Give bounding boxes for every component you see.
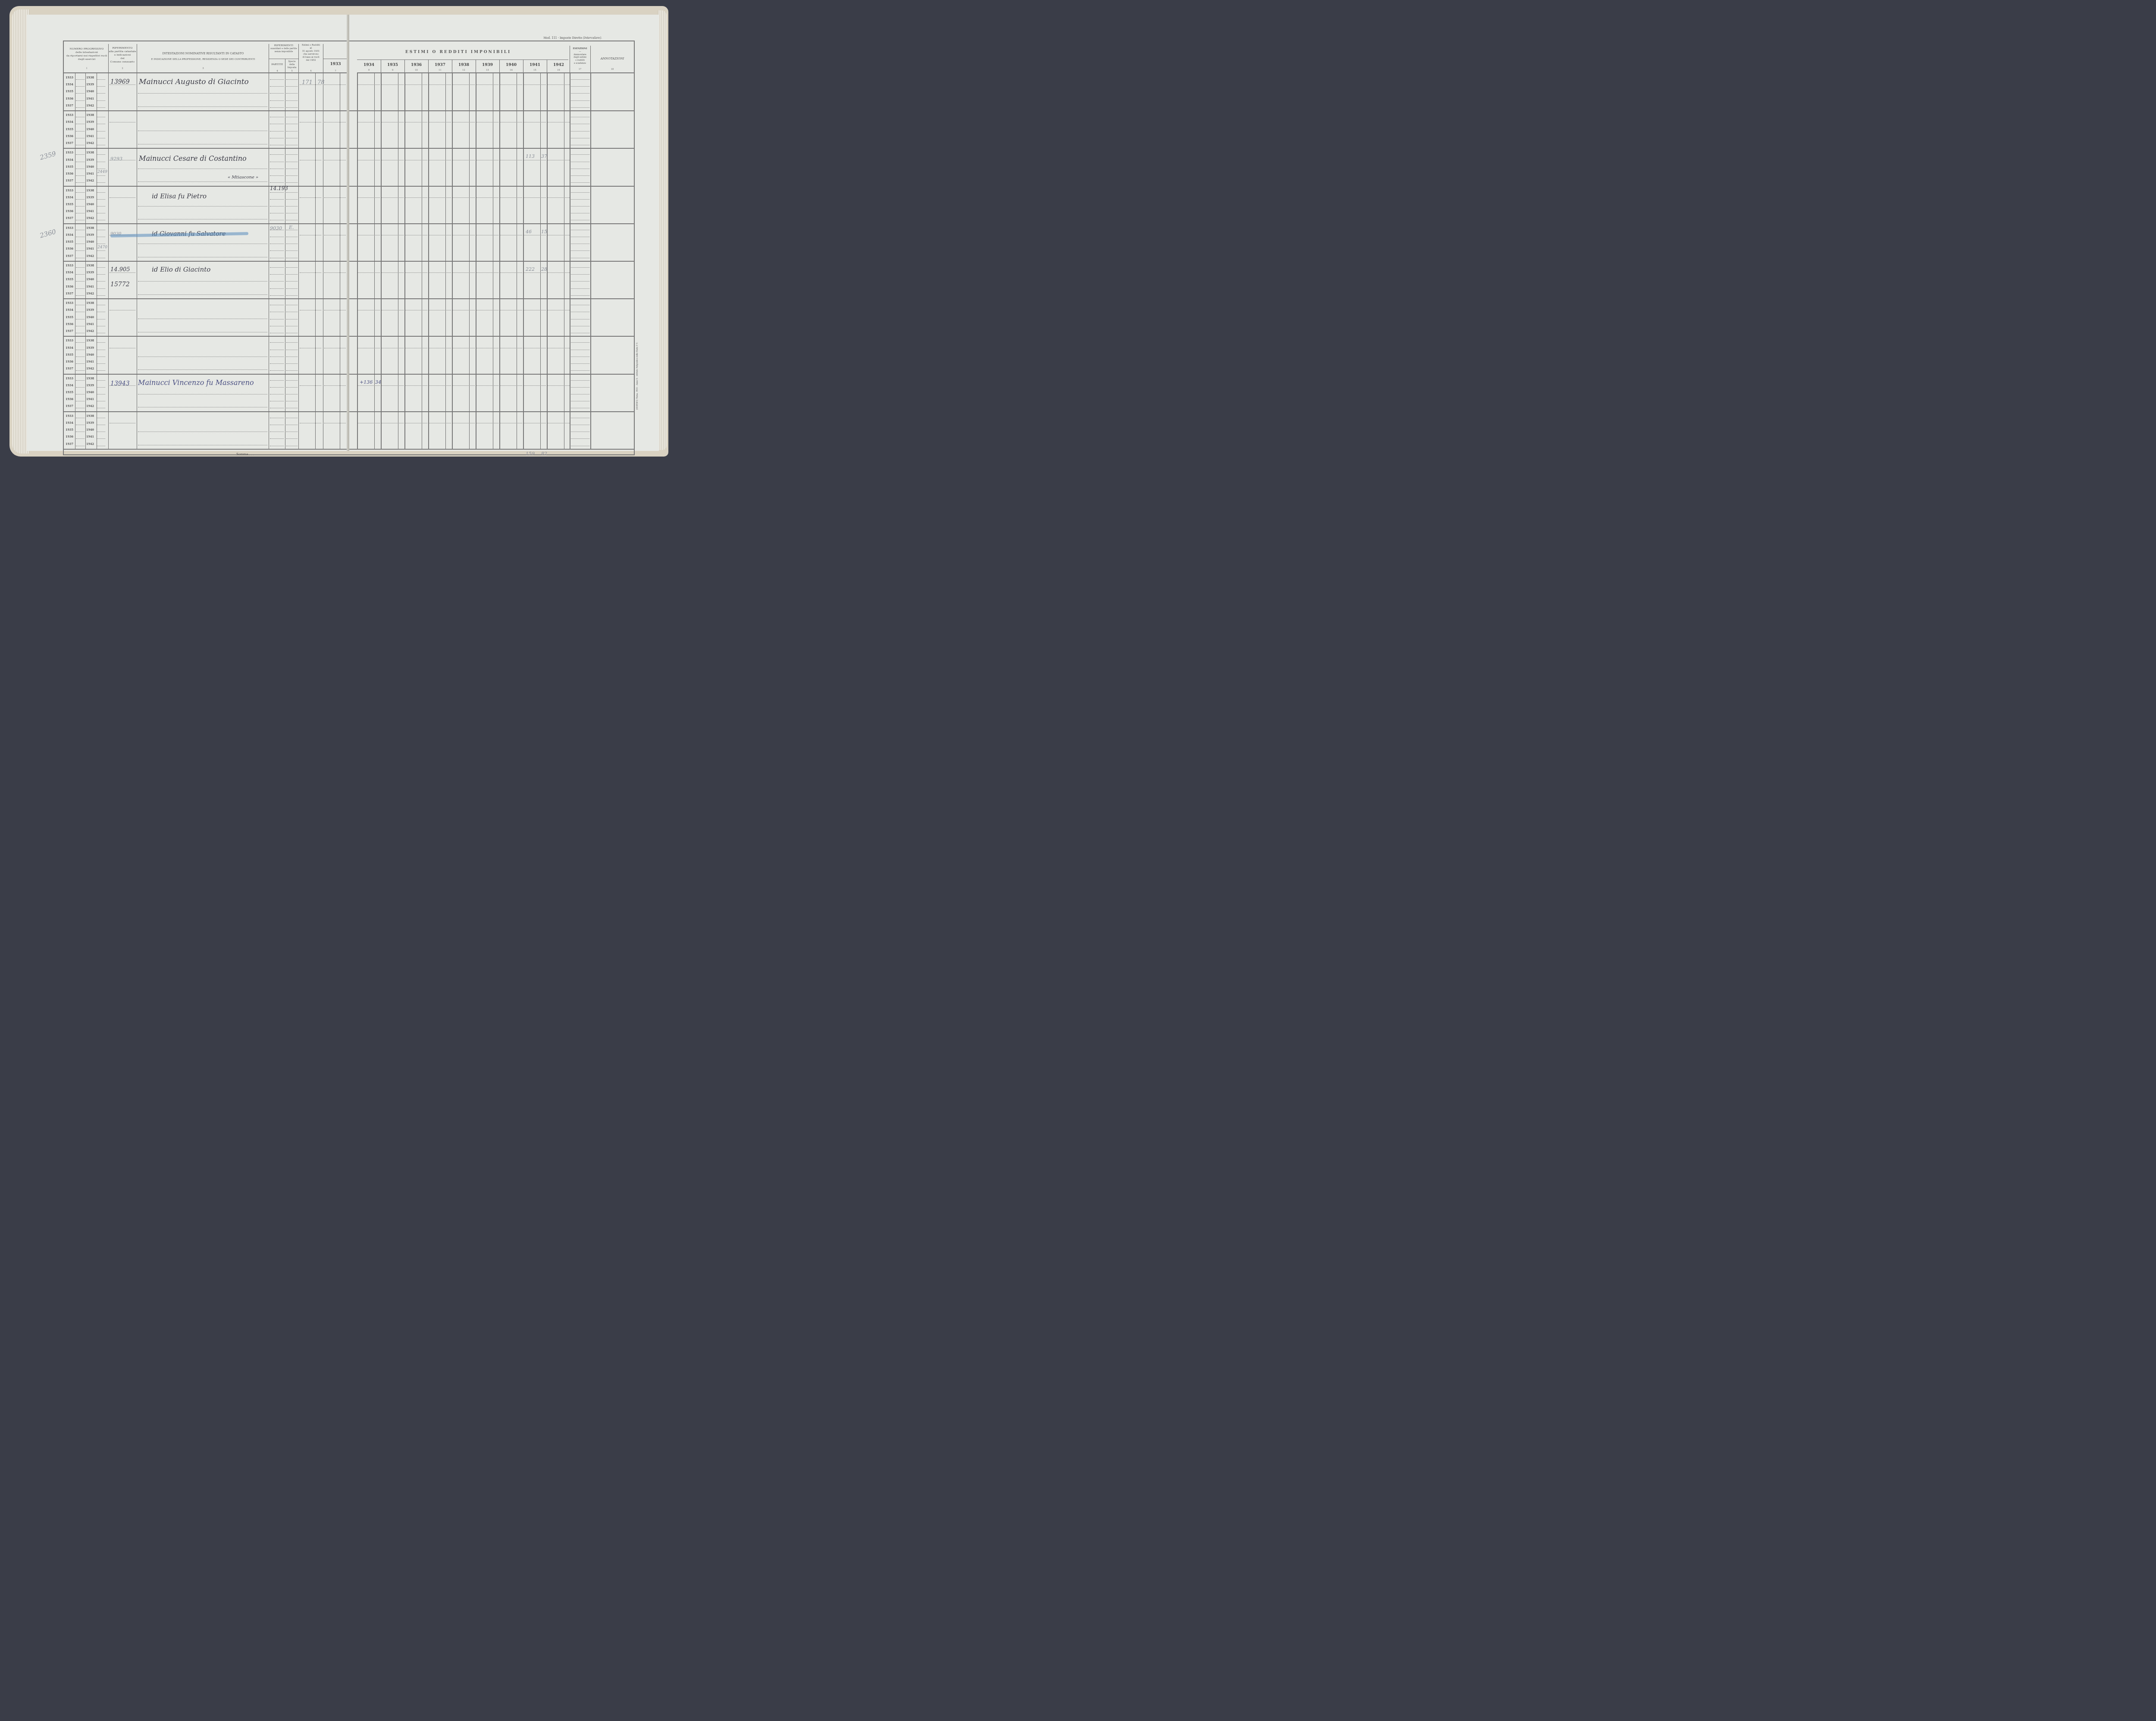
column-number: 17 xyxy=(570,68,590,71)
dotted-rule xyxy=(76,387,85,388)
column-line xyxy=(108,111,109,148)
dotted-rule xyxy=(270,213,284,213)
column-line xyxy=(97,261,97,299)
dotted-rule xyxy=(548,122,570,122)
dotted-rule xyxy=(97,182,105,183)
dotted-rule xyxy=(286,342,298,343)
dotted-rule xyxy=(76,401,85,401)
cents-line xyxy=(493,73,493,111)
partita-number: 14.905 xyxy=(110,266,130,273)
dotted-rule xyxy=(286,192,298,193)
partite-reference: 14.193 xyxy=(270,185,288,191)
column-line xyxy=(590,374,591,412)
column-line xyxy=(323,412,323,449)
dotted-rule xyxy=(571,305,589,305)
column-line xyxy=(97,148,97,186)
dotted-rule xyxy=(524,385,546,386)
estimi-row-group xyxy=(357,73,634,111)
dotted-rule xyxy=(405,272,427,273)
column-number: 3 xyxy=(137,67,269,70)
column-number: 15 xyxy=(523,69,547,72)
year-label: 1933 xyxy=(66,377,73,380)
year-label: 1933 xyxy=(66,301,73,305)
dotted-rule xyxy=(270,295,284,296)
year-label: 1940 xyxy=(86,428,94,432)
dotted-rule xyxy=(358,348,380,348)
right-register-table: ESTIMI O REDDITI IMPONIBILI 193481935919… xyxy=(349,41,635,455)
dotted-rule xyxy=(405,122,427,122)
dotted-rule xyxy=(300,197,321,198)
column-line xyxy=(108,412,109,449)
dotted-rule xyxy=(548,235,570,235)
dotted-rule xyxy=(476,160,498,160)
cents-line xyxy=(493,186,493,224)
dotted-rule xyxy=(405,385,427,386)
dotted-rule xyxy=(453,235,475,235)
dotted-rule xyxy=(571,250,589,251)
header-intestazioni: INTESTAZIONI NOMINATIVE RISULTANTI IN CA… xyxy=(137,52,269,61)
year-label: 1933 xyxy=(66,414,73,418)
form-code: Mod. 111 - Imposte Dirette (Intercalare)… xyxy=(543,36,602,40)
column-line xyxy=(269,336,269,374)
divider xyxy=(269,59,298,59)
dotted-rule xyxy=(138,106,267,107)
year-label: 1942 xyxy=(86,179,94,182)
dotted-rule xyxy=(286,312,298,312)
column-line xyxy=(452,261,453,299)
dotted-rule xyxy=(76,206,85,207)
dotted-rule xyxy=(524,423,546,423)
dotted-rule xyxy=(270,237,284,237)
dotted-rule xyxy=(286,333,298,333)
year-label: 1937 xyxy=(66,329,73,333)
dotted-rule xyxy=(76,192,85,193)
column-line xyxy=(315,186,316,224)
cents-line xyxy=(493,374,493,412)
column-line xyxy=(523,224,524,261)
column-line xyxy=(137,73,137,111)
dotted-rule xyxy=(97,93,105,94)
header-title: RIFERIMENTO xyxy=(109,47,136,50)
dotted-rule xyxy=(270,86,284,87)
dotted-rule xyxy=(138,319,267,319)
dotted-rule xyxy=(405,310,427,310)
column-line xyxy=(97,412,97,449)
dotted-rule xyxy=(286,446,298,446)
dotted-rule xyxy=(97,363,105,364)
dotted-rule xyxy=(286,408,298,408)
column-line xyxy=(404,374,405,412)
dotted-rule xyxy=(405,423,427,423)
column-number: 13 xyxy=(476,69,499,72)
column-line xyxy=(298,261,299,299)
estimi-row-group xyxy=(357,186,634,224)
ledger-book: NUMERO PROGRESSIVO delle intestazioni da… xyxy=(9,6,668,457)
year-label: 1935 xyxy=(66,391,73,394)
dotted-rule xyxy=(286,169,298,169)
cents-line xyxy=(540,261,541,299)
column-line xyxy=(137,412,137,449)
dotted-rule xyxy=(571,438,589,439)
dotted-rule xyxy=(97,326,105,326)
dotted-rule xyxy=(500,197,522,198)
column-line xyxy=(137,261,137,299)
dotted-rule xyxy=(286,281,298,282)
column-line xyxy=(75,299,75,336)
column-line xyxy=(570,186,570,224)
dotted-rule xyxy=(97,342,105,343)
header-line: o redditi xyxy=(570,59,590,62)
dotted-rule xyxy=(286,124,298,124)
dotted-rule xyxy=(270,305,284,305)
cents-line xyxy=(493,299,493,336)
estimo-1931-value: 171 xyxy=(302,79,313,86)
column-line xyxy=(75,336,75,374)
column-line xyxy=(137,374,137,412)
estimo-value: 222 xyxy=(526,266,535,272)
column-line xyxy=(547,374,548,412)
estimo-value: 113 xyxy=(526,153,535,159)
divider xyxy=(547,60,547,72)
cents-line xyxy=(564,412,564,449)
cents-line xyxy=(469,73,470,111)
dotted-rule xyxy=(76,213,85,213)
column-line xyxy=(523,336,524,374)
column-line xyxy=(315,111,316,148)
dotted-rule xyxy=(97,281,105,282)
dotted-rule xyxy=(76,145,85,145)
dotted-rule xyxy=(571,408,589,408)
cents-line xyxy=(374,73,375,111)
dotted-rule xyxy=(76,79,85,80)
column-line xyxy=(97,374,97,412)
column-line xyxy=(523,186,524,224)
dotted-rule xyxy=(286,418,298,418)
cents-line xyxy=(540,336,541,374)
column-line xyxy=(357,73,358,111)
dotted-rule xyxy=(286,274,298,275)
dotted-rule xyxy=(300,385,321,386)
column-line xyxy=(340,261,340,299)
column-line xyxy=(285,336,285,374)
dotted-rule xyxy=(97,425,105,425)
cents-line xyxy=(445,299,446,336)
year-label: 1935 xyxy=(66,353,73,357)
partita-number: 13969 xyxy=(110,78,130,85)
year-label: 1940 xyxy=(86,128,94,131)
dotted-rule xyxy=(382,272,404,273)
dotted-rule xyxy=(324,385,346,386)
cents-line xyxy=(493,111,493,148)
year-label: 1938 xyxy=(86,76,94,79)
column-line xyxy=(323,111,323,148)
column-line xyxy=(85,148,86,186)
estimo-cents: 37 xyxy=(541,153,547,159)
column-line xyxy=(298,374,299,412)
dotted-rule xyxy=(382,122,404,122)
header-riferimenti-sussidiari: RIFERIMENTI sussidiari e delle partite s… xyxy=(269,44,298,53)
column-line xyxy=(499,336,500,374)
dotted-rule xyxy=(138,294,267,295)
cents-line xyxy=(422,261,422,299)
column-line xyxy=(340,111,340,148)
cents-line xyxy=(374,148,375,186)
column-line xyxy=(323,261,323,299)
cents-line xyxy=(540,73,541,111)
year-label: 1934 xyxy=(66,120,73,124)
column-line xyxy=(285,186,285,224)
dotted-rule xyxy=(270,401,284,401)
header-line: sussidiari e delle partite xyxy=(269,47,298,50)
dotted-rule xyxy=(76,162,85,162)
dotted-rule xyxy=(97,230,105,230)
cents-line xyxy=(398,299,398,336)
column-line xyxy=(547,73,548,111)
estimi-row-group xyxy=(357,111,634,148)
column-line xyxy=(404,111,405,148)
column-line xyxy=(97,111,97,148)
year-label: 1939 xyxy=(86,233,94,237)
year-label: 1937 xyxy=(66,442,73,446)
dotted-rule xyxy=(286,213,298,213)
ruolo-number: 2449 xyxy=(97,170,107,174)
dotted-rule xyxy=(270,342,284,343)
dotted-rule xyxy=(453,197,475,198)
dotted-rule xyxy=(524,348,546,348)
dotted-rule xyxy=(358,122,380,122)
column-line xyxy=(523,261,524,299)
year-label: 1935 xyxy=(66,90,73,93)
entry-row-group: 1933193819341939193519401936194119371942 xyxy=(64,299,348,336)
year-label: 1933 xyxy=(66,339,73,342)
year-label: 1940 xyxy=(86,203,94,206)
header-1933: 1933 xyxy=(323,62,348,66)
dotted-rule xyxy=(76,124,85,124)
dotted-rule xyxy=(97,288,105,289)
ruolo-number: 2470 xyxy=(97,245,107,250)
year-label: 1940 xyxy=(86,240,94,244)
dotted-rule xyxy=(97,370,105,371)
year-label: 1936 xyxy=(66,247,73,250)
year-label: 1936 xyxy=(66,322,73,326)
column-line xyxy=(381,299,382,336)
page-edges-right xyxy=(658,10,667,450)
dotted-rule xyxy=(97,387,105,388)
dotted-rule xyxy=(324,84,346,85)
dotted-rule xyxy=(76,394,85,394)
header-dash: — xyxy=(570,50,590,53)
column-line xyxy=(85,224,86,261)
dotted-rule xyxy=(476,84,498,85)
dotted-rule xyxy=(270,138,284,138)
year-label: 1941 xyxy=(86,135,94,138)
column-line xyxy=(428,224,429,261)
cents-line xyxy=(517,73,517,111)
dotted-rule xyxy=(286,86,298,87)
dotted-rule xyxy=(76,182,85,183)
dotted-rule xyxy=(286,206,298,207)
dotted-rule xyxy=(138,219,267,219)
year-label: 1941 xyxy=(86,285,94,288)
dotted-rule xyxy=(382,84,404,85)
cents-line xyxy=(445,412,446,449)
year-label: 1938 xyxy=(86,113,94,117)
column-line xyxy=(315,412,316,449)
year-label: 1942 xyxy=(86,329,94,333)
estimo-cents: 28 xyxy=(541,266,547,272)
column-line xyxy=(315,374,316,412)
year-label: 1938 xyxy=(86,377,94,380)
divider xyxy=(404,60,405,72)
dotted-rule xyxy=(97,394,105,394)
dotted-rule xyxy=(76,86,85,87)
cents-line xyxy=(469,111,470,148)
dotted-rule xyxy=(571,162,589,162)
dotted-rule xyxy=(548,348,570,348)
dotted-rule xyxy=(453,348,475,348)
header-year-1940: 1940 xyxy=(499,63,523,67)
dotted-rule xyxy=(270,182,284,183)
year-label: 1942 xyxy=(86,104,94,107)
column-line xyxy=(108,224,109,261)
dotted-rule xyxy=(476,310,498,310)
year-label: 1936 xyxy=(66,285,73,288)
column-line xyxy=(137,148,137,186)
dotted-rule xyxy=(524,235,546,235)
column-line xyxy=(452,374,453,412)
dotted-rule xyxy=(524,122,546,122)
dotted-rule xyxy=(571,230,589,230)
year-label: 1942 xyxy=(86,292,94,295)
column-line xyxy=(590,111,591,148)
dotted-rule xyxy=(76,267,85,268)
entry-row-group: 1933193819341939193519401936194119371942 xyxy=(64,224,348,261)
dotted-rule xyxy=(270,333,284,333)
dotted-rule xyxy=(429,160,451,160)
dotted-rule xyxy=(97,237,105,237)
dotted-rule xyxy=(324,423,346,423)
dotted-rule xyxy=(286,438,298,439)
cents-line xyxy=(422,299,422,336)
dotted-rule xyxy=(286,370,298,371)
year-label: 1938 xyxy=(86,414,94,418)
header-year-1942: 1942 xyxy=(547,63,570,67)
column-line xyxy=(357,374,358,412)
column-line xyxy=(381,261,382,299)
column-line xyxy=(85,336,86,374)
header-estimi-1931: Estimi o Redditi al 31 agosto 1931 che s… xyxy=(299,44,323,62)
header-line: del 1932 xyxy=(299,59,323,62)
dotted-rule xyxy=(76,333,85,333)
year-label: 1936 xyxy=(66,435,73,438)
dotted-rule xyxy=(286,138,298,138)
dotted-rule xyxy=(571,192,589,193)
dotted-rule xyxy=(76,342,85,343)
year-label: 1939 xyxy=(86,346,94,350)
dotted-rule xyxy=(571,326,589,326)
column-line xyxy=(499,186,500,224)
dotted-rule xyxy=(270,326,284,326)
dotted-rule xyxy=(286,145,298,145)
left-page: NUMERO PROGRESSIVO delle intestazioni da… xyxy=(27,15,349,451)
year-label: 1942 xyxy=(86,404,94,408)
column-line xyxy=(298,299,299,336)
year-label: 1939 xyxy=(86,158,94,162)
year-label: 1934 xyxy=(66,233,73,237)
dotted-rule xyxy=(453,272,475,273)
column-line xyxy=(381,336,382,374)
year-label: 1937 xyxy=(66,104,73,107)
dotted-rule xyxy=(76,154,85,155)
dotted-rule xyxy=(286,175,298,176)
column-line xyxy=(381,412,382,449)
dotted-rule xyxy=(476,235,498,235)
cents-line xyxy=(469,261,470,299)
dotted-rule xyxy=(97,124,105,124)
estimi-row-group xyxy=(357,261,634,299)
column-line xyxy=(357,224,358,261)
dotted-rule xyxy=(286,162,298,162)
column-line xyxy=(269,261,269,299)
dotted-rule xyxy=(110,310,135,310)
somma-label: Somma . . . xyxy=(236,452,254,456)
dotted-rule xyxy=(270,267,284,268)
cents-line xyxy=(422,224,422,261)
year-label: 1940 xyxy=(86,353,94,357)
column-line xyxy=(404,73,405,111)
year-label: 1938 xyxy=(86,264,94,267)
dotted-rule xyxy=(270,418,284,418)
column-line xyxy=(269,224,269,261)
dotted-rule xyxy=(76,199,85,200)
cents-line xyxy=(517,336,517,374)
dotted-rule xyxy=(548,310,570,310)
cents-line xyxy=(564,299,564,336)
taxpayer-name: Mainucci Augusto di Giacinto xyxy=(139,78,249,86)
dotted-rule xyxy=(76,438,85,439)
column-line xyxy=(285,73,285,111)
column-line xyxy=(269,186,269,224)
column-line xyxy=(323,299,323,336)
cents-line xyxy=(540,412,541,449)
divider xyxy=(476,60,476,72)
header-line: che servirono xyxy=(299,53,323,56)
year-label: 1934 xyxy=(66,83,73,86)
dotted-rule xyxy=(76,138,85,138)
column-number: 9 xyxy=(381,69,404,72)
cents-line xyxy=(517,148,517,186)
dotted-rule xyxy=(300,160,321,160)
dotted-rule xyxy=(571,319,589,319)
dotted-rule xyxy=(97,418,105,418)
dotted-rule xyxy=(524,84,546,85)
column-line xyxy=(285,299,285,336)
dotted-rule xyxy=(286,100,298,101)
divider xyxy=(381,60,381,72)
year-label: 1941 xyxy=(86,322,94,326)
dotted-rule xyxy=(358,272,380,273)
dotted-rule xyxy=(270,370,284,371)
column-line xyxy=(137,224,137,261)
dotted-rule xyxy=(286,237,298,237)
dotted-rule xyxy=(286,363,298,364)
cents-line xyxy=(445,224,446,261)
column-line xyxy=(428,148,429,186)
dotted-rule xyxy=(382,160,404,160)
year-label: 1941 xyxy=(86,172,94,175)
column-line xyxy=(269,111,269,148)
dotted-rule xyxy=(76,288,85,289)
